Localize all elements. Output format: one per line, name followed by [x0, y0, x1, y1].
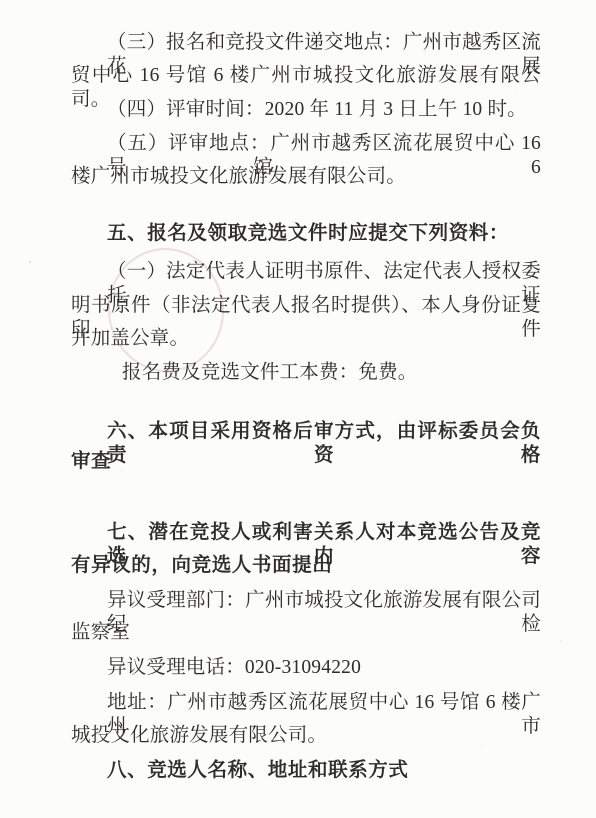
objection-phone-line: 异议受理电话：020-31094220	[71, 656, 541, 680]
section-7-heading-line-2: 有异议的，向竞选人书面提出	[71, 553, 541, 577]
section-8-heading: 八、竞选人名称、地址和联系方式	[71, 758, 541, 782]
section-6-heading-line-2: 审查	[71, 449, 541, 473]
fee-note-line: 报名费及竞选文件工本费：免费。	[71, 361, 541, 385]
review-location-line-2: 楼广州市城投文化旅游发展有限公司。	[71, 165, 541, 189]
review-time-line: （四）评审时间：2020 年 11 月 3 日上午 10 时。	[71, 98, 541, 122]
objection-address-line-2: 城投文化旅游发展有限公司。	[71, 724, 541, 748]
section-5-heading: 五、报名及领取竞选文件时应提交下列资料：	[71, 221, 541, 245]
required-materials-line-3: 并加盖公章。	[71, 327, 541, 351]
objection-department-line-2: 监察室	[71, 621, 541, 645]
scanned-document-page: （三）报名和竞投文件递交地点：广州市越秀区流花展 贸中心 16 号馆 6 楼广州…	[0, 0, 596, 818]
